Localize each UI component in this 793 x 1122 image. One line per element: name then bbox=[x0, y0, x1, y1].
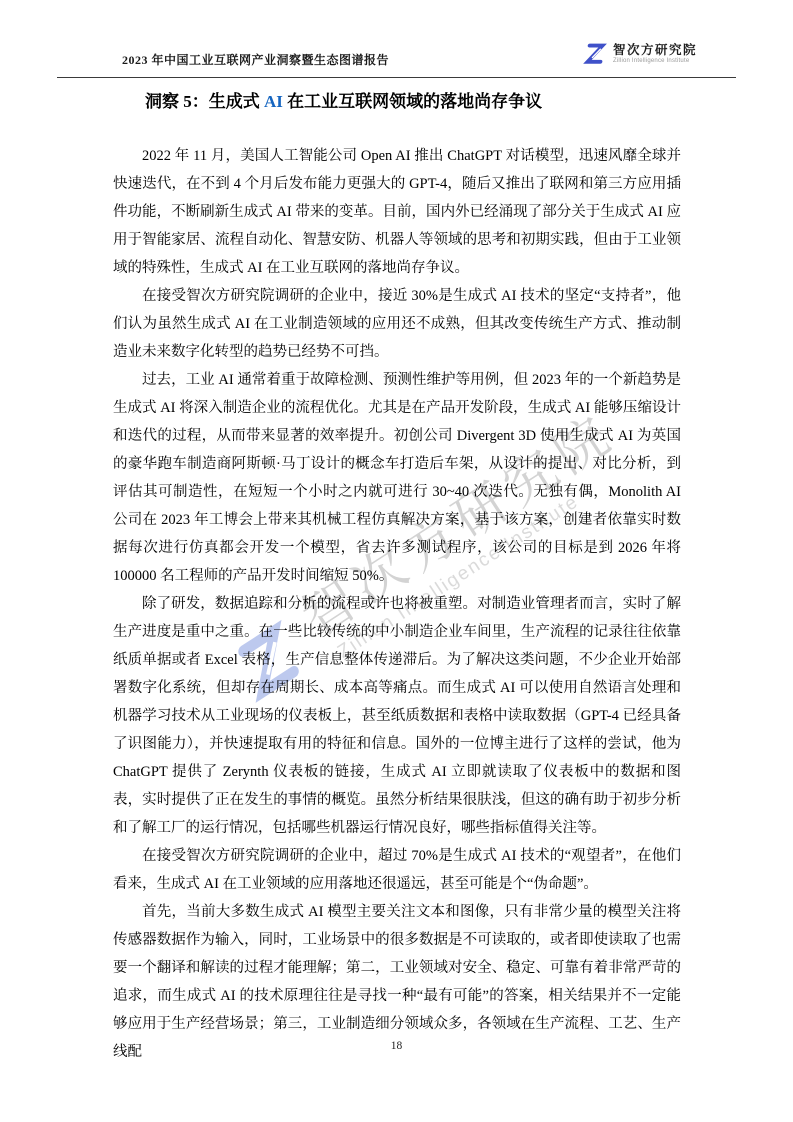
paragraph-4: 除了研发，数据追踪和分析的流程或许也将被重塑。对制造业管理者而言，实时了解生产进… bbox=[113, 590, 681, 842]
paragraph-2: 在接受智次方研究院调研的企业中，接近 30%是生成式 AI 技术的坚定“支持者”… bbox=[113, 282, 681, 366]
logo-z-icon bbox=[582, 41, 608, 67]
institute-logo: 智次方研究院 Zillion Intelligence Institute bbox=[582, 41, 697, 67]
page-header: 2023 年中国工业互联网产业洞察暨生态图谱报告 智次方研究院 Zillion … bbox=[57, 0, 736, 78]
heading-ai-highlight: AI bbox=[264, 92, 283, 111]
page-number: 18 bbox=[0, 1040, 793, 1052]
paragraph-5: 在接受智次方研究院调研的企业中，超过 70%是生成式 AI 技术的“观望者”，在… bbox=[113, 842, 681, 898]
logo-name-cn: 智次方研究院 bbox=[613, 44, 697, 57]
section-heading: 洞察 5：生成式 AI 在工业互联网领域的落地尚存争议 bbox=[145, 90, 705, 114]
heading-suffix: 在工业互联网领域的落地尚存争议 bbox=[283, 92, 542, 111]
logo-name-en: Zillion Intelligence Institute bbox=[613, 58, 697, 64]
report-page: 智次方研究院 Zillion Intelligence Institute 20… bbox=[0, 0, 793, 1122]
body-text: 2022 年 11 月，美国人工智能公司 Open AI 推出 ChatGPT … bbox=[113, 142, 681, 1066]
heading-prefix: 洞察 5：生成式 bbox=[145, 92, 264, 111]
paragraph-1: 2022 年 11 月，美国人工智能公司 Open AI 推出 ChatGPT … bbox=[113, 142, 681, 282]
report-title: 2023 年中国工业互联网产业洞察暨生态图谱报告 bbox=[122, 53, 389, 67]
paragraph-3: 过去，工业 AI 通常着重于故障检测、预测性维护等用例，但 2023 年的一个新… bbox=[113, 366, 681, 590]
